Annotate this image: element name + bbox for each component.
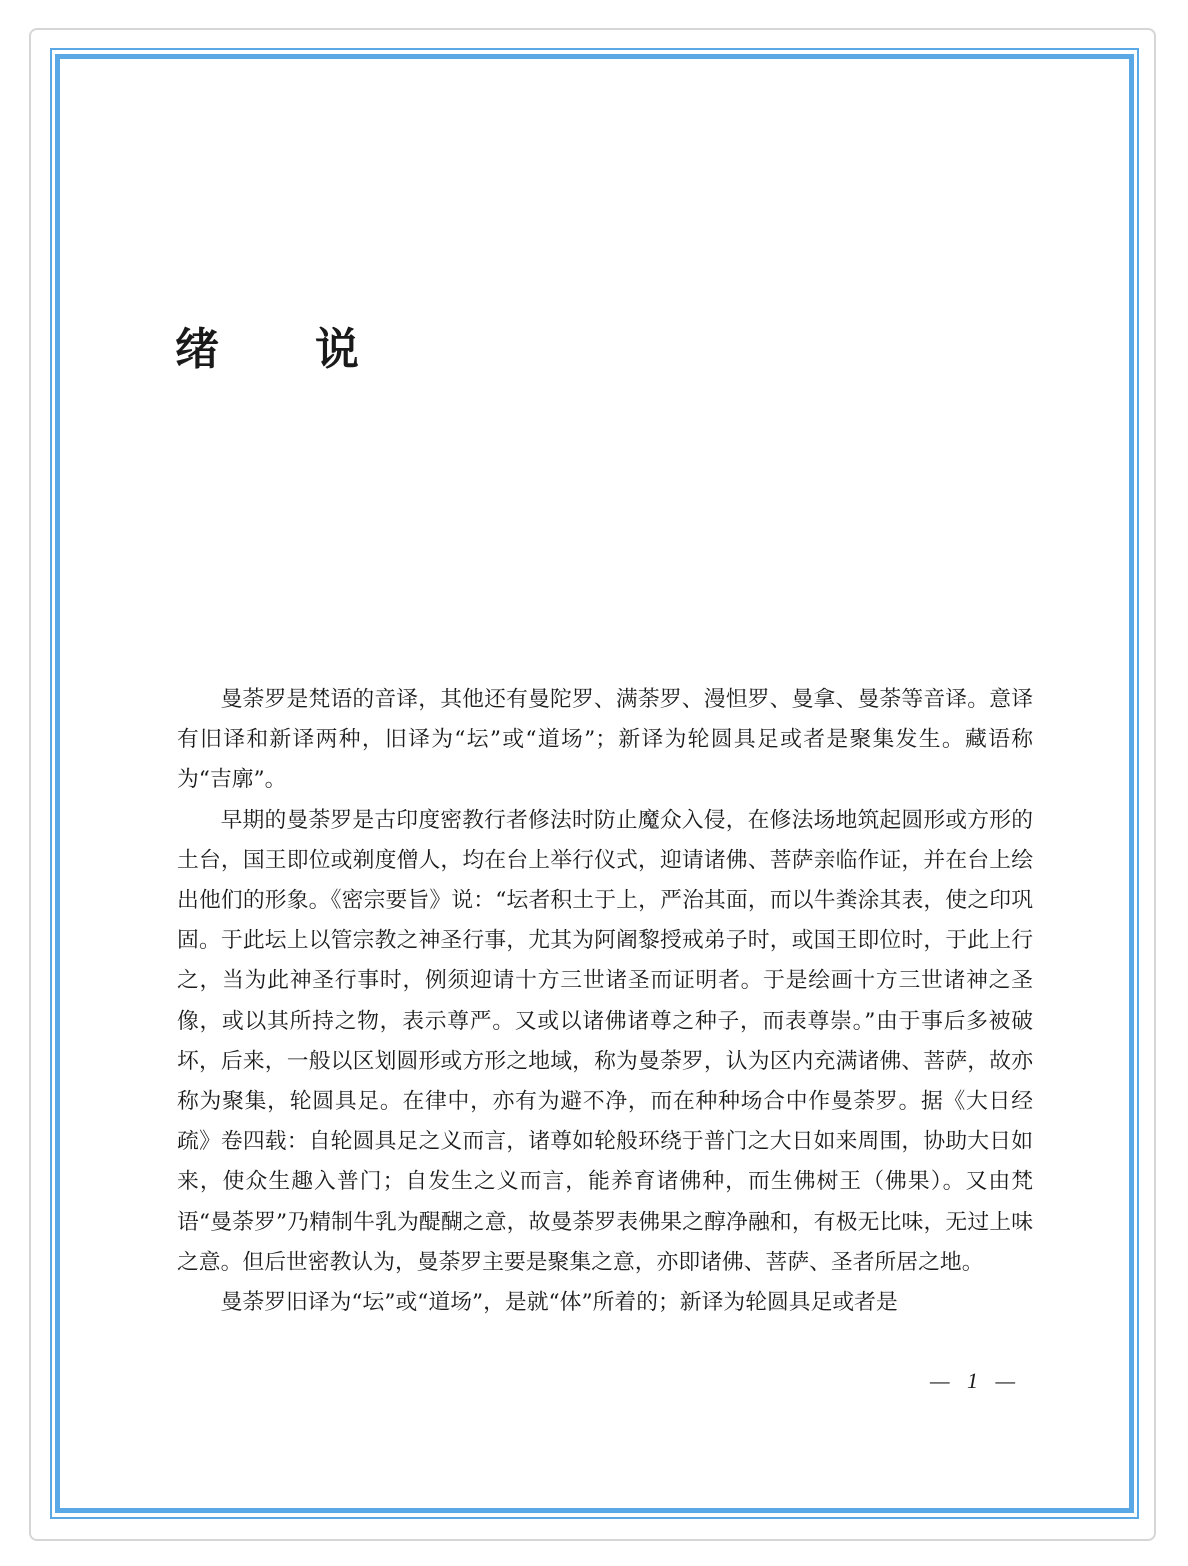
paragraph-1: 曼荼罗是梵语的音译，其他还有曼陀罗、满荼罗、漫怛罗、曼拿、曼荼等音译。意译有旧译… bbox=[177, 680, 1033, 801]
paragraph-2: 早期的曼荼罗是古印度密教行者修法时防止魔众入侵，在修法场地筑起圆形或方形的土台，… bbox=[177, 801, 1033, 1283]
chapter-title-char-1: 绪 bbox=[175, 322, 219, 378]
paragraph-3: 曼荼罗旧译为“坛”或“道场”，是就“体”所着的；新译为轮圆具足或者是 bbox=[177, 1283, 1033, 1323]
page-number: — 1 — bbox=[930, 1368, 1021, 1394]
chapter-title-char-2: 说 bbox=[315, 322, 359, 378]
document-page: 绪说 曼荼罗是梵语的音译，其他还有曼陀罗、满荼罗、漫怛罗、曼拿、曼荼等音译。意译… bbox=[0, 0, 1188, 1566]
body-text: 曼荼罗是梵语的音译，其他还有曼陀罗、满荼罗、漫怛罗、曼拿、曼荼等音译。意译有旧译… bbox=[177, 680, 1033, 1323]
chapter-title: 绪说 bbox=[175, 322, 359, 378]
